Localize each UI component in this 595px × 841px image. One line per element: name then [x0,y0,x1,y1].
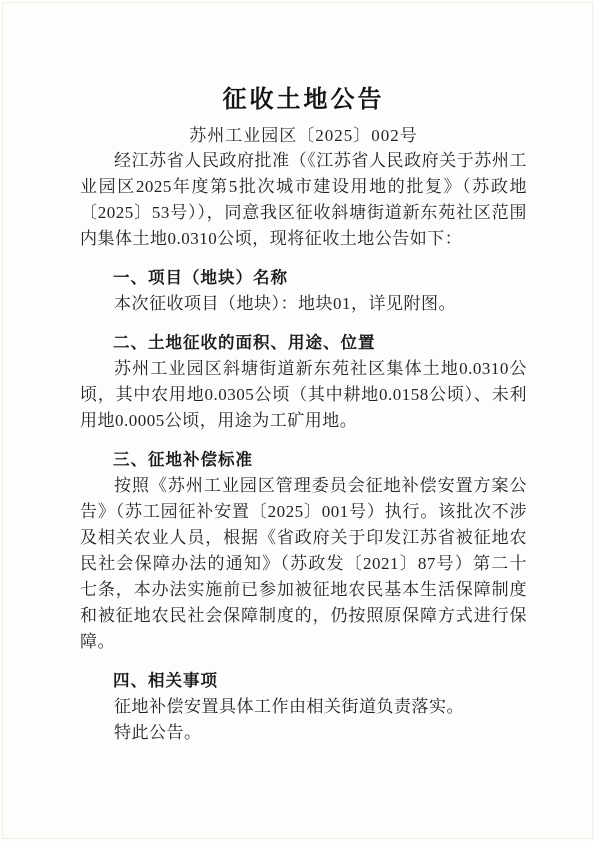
section-compensation-standard: 三、征地补偿标准 按照《苏州工业园区管理委员会征地补偿安置方案公告》（苏工园征补… [80,447,527,655]
section-paragraph: 征地补偿安置具体工作由相关街道负责落实。 [80,694,527,720]
notice-title: 征收土地公告 [80,86,527,114]
section-paragraph: 本次征收项目（地块）：地块01，详见附图。 [80,291,527,317]
intro-paragraph: 经江苏省人民政府批准（《江苏省人民政府关于苏州工业园区2025年度第5批次城市建… [80,148,527,252]
section-related-matters: 四、相关事项 征地补偿安置具体工作由相关街道负责落实。 特此公告。 [80,668,527,746]
section-project-name: 一、项目（地块）名称 本次征收项目（地块）：地块01，详见附图。 [80,265,527,317]
section-paragraph: 按照《苏州工业园区管理委员会征地补偿安置方案公告》（苏工园征补安置〔2025〕0… [80,473,527,655]
section-heading: 二、土地征收的面积、用途、位置 [80,330,527,356]
section-area-use-location: 二、土地征收的面积、用途、位置 苏州工业园区斜塘街道新东苑社区集体土地0.031… [80,330,527,434]
section-heading: 四、相关事项 [80,668,527,694]
document-number: 苏州工业园区〔2025〕002号 [80,124,527,148]
section-heading: 三、征地补偿标准 [80,447,527,473]
section-heading: 一、项目（地块）名称 [80,265,527,291]
document-content: 征收土地公告 苏州工业园区〔2025〕002号 经江苏省人民政府批准（《江苏省人… [0,0,595,746]
document-page: 征收土地公告 苏州工业园区〔2025〕002号 经江苏省人民政府批准（《江苏省人… [0,0,595,841]
closing-statement: 特此公告。 [80,720,527,746]
section-paragraph: 苏州工业园区斜塘街道新东苑社区集体土地0.0310公顷，其中农用地0.0305公… [80,356,527,434]
